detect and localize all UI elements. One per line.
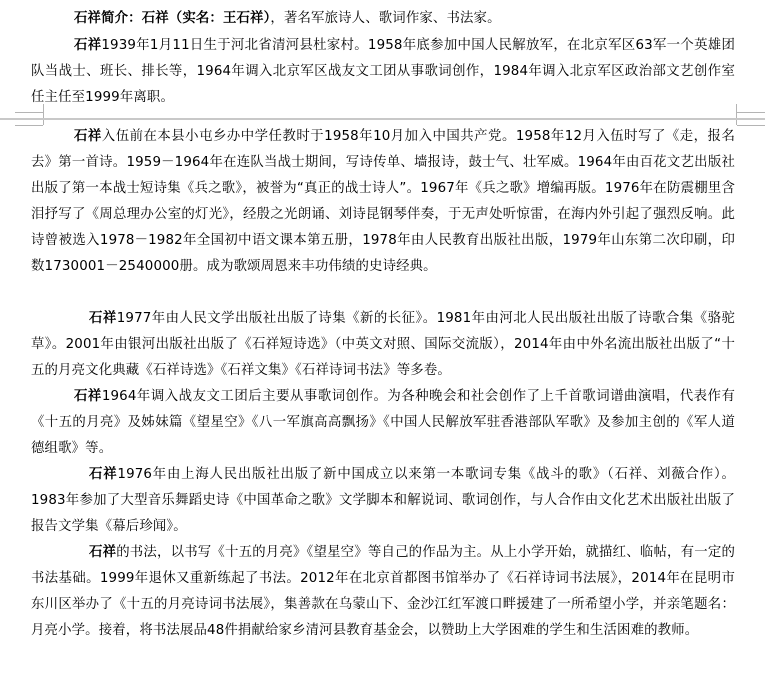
intro-text: ，著名军旅诗人、歌词作家、书法家。 xyxy=(270,11,500,26)
crop-mark-right-top xyxy=(737,112,765,113)
crop-mark-left-top xyxy=(15,112,43,113)
crop-mark-right-top-vertical xyxy=(736,104,737,118)
publications-lead: 石祥 xyxy=(89,311,117,326)
publications-text: 1977年由人民文学出版社出版了诗集《新的长征》。1981年由河北人民出版社出版… xyxy=(31,311,735,378)
paragraph-songwriting: 石祥1964年调入战友文工团后主要从事歌词创作。为各种晚会和社会创作了上千首歌词… xyxy=(31,384,735,462)
paragraph-calligraphy: 石祥的书法，以书写《十五的月亮》《望星空》等自己的作品为主。从上小学开始，就描红… xyxy=(31,540,735,644)
songwriting-lead: 石祥 xyxy=(74,389,102,404)
calligraphy-text: 的书法，以书写《十五的月亮》《望星空》等自己的作品为主。从上小学开始，就描红、临… xyxy=(31,545,735,638)
lyrics-collection-lead: 石祥 xyxy=(89,467,117,482)
lyrics-collection-text: 1976年由上海人民出版社出版了新中国成立以来第一本歌词专集《战斗的歌》（石祥、… xyxy=(31,467,735,534)
paragraph-intro: 石祥简介：石祥（实名：王石祥），著名军旅诗人、歌词作家、书法家。 xyxy=(31,6,735,32)
songwriting-text: 1964年调入战友文工团后主要从事歌词创作。为各种晚会和社会创作了上千首歌词谱曲… xyxy=(31,389,735,456)
biography-text: 1939年1月11日生于河北省清河县杜家村。1958年底参加中国人民解放军，在北… xyxy=(31,38,735,105)
document-page-2: 石祥入伍前在本县小屯乡办中学任教时于1958年10月加入中国共产党。1958年1… xyxy=(0,121,765,676)
early-poetry-lead: 石祥 xyxy=(74,129,102,144)
paragraph-lyrics-collection: 石祥1976年由上海人民出版社出版了新中国成立以来第一本歌词专集《战斗的歌》（石… xyxy=(31,462,735,540)
biography-lead: 石祥 xyxy=(74,38,101,53)
intro-lead: 石祥简介：石祥（实名：王石祥） xyxy=(74,11,270,26)
paragraph-publications: 石祥1977年由人民文学出版社出版了诗集《新的长征》。1981年由河北人民出版社… xyxy=(31,306,735,384)
paragraph-early-poetry: 石祥入伍前在本县小屯乡办中学任教时于1958年10月加入中国共产党。1958年1… xyxy=(31,124,735,280)
page-break-divider xyxy=(0,118,765,120)
paragraph-biography: 石祥1939年1月11日生于河北省清河县杜家村。1958年底参加中国人民解放军，… xyxy=(31,33,735,111)
crop-mark-left-top-vertical xyxy=(43,104,44,118)
early-poetry-text: 入伍前在本县小屯乡办中学任教时于1958年10月加入中国共产党。1958年12月… xyxy=(31,129,735,274)
document-page-1: 石祥简介：石祥（实名：王石祥），著名军旅诗人、歌词作家、书法家。 石祥1939年… xyxy=(0,0,765,117)
calligraphy-lead: 石祥 xyxy=(89,545,116,560)
